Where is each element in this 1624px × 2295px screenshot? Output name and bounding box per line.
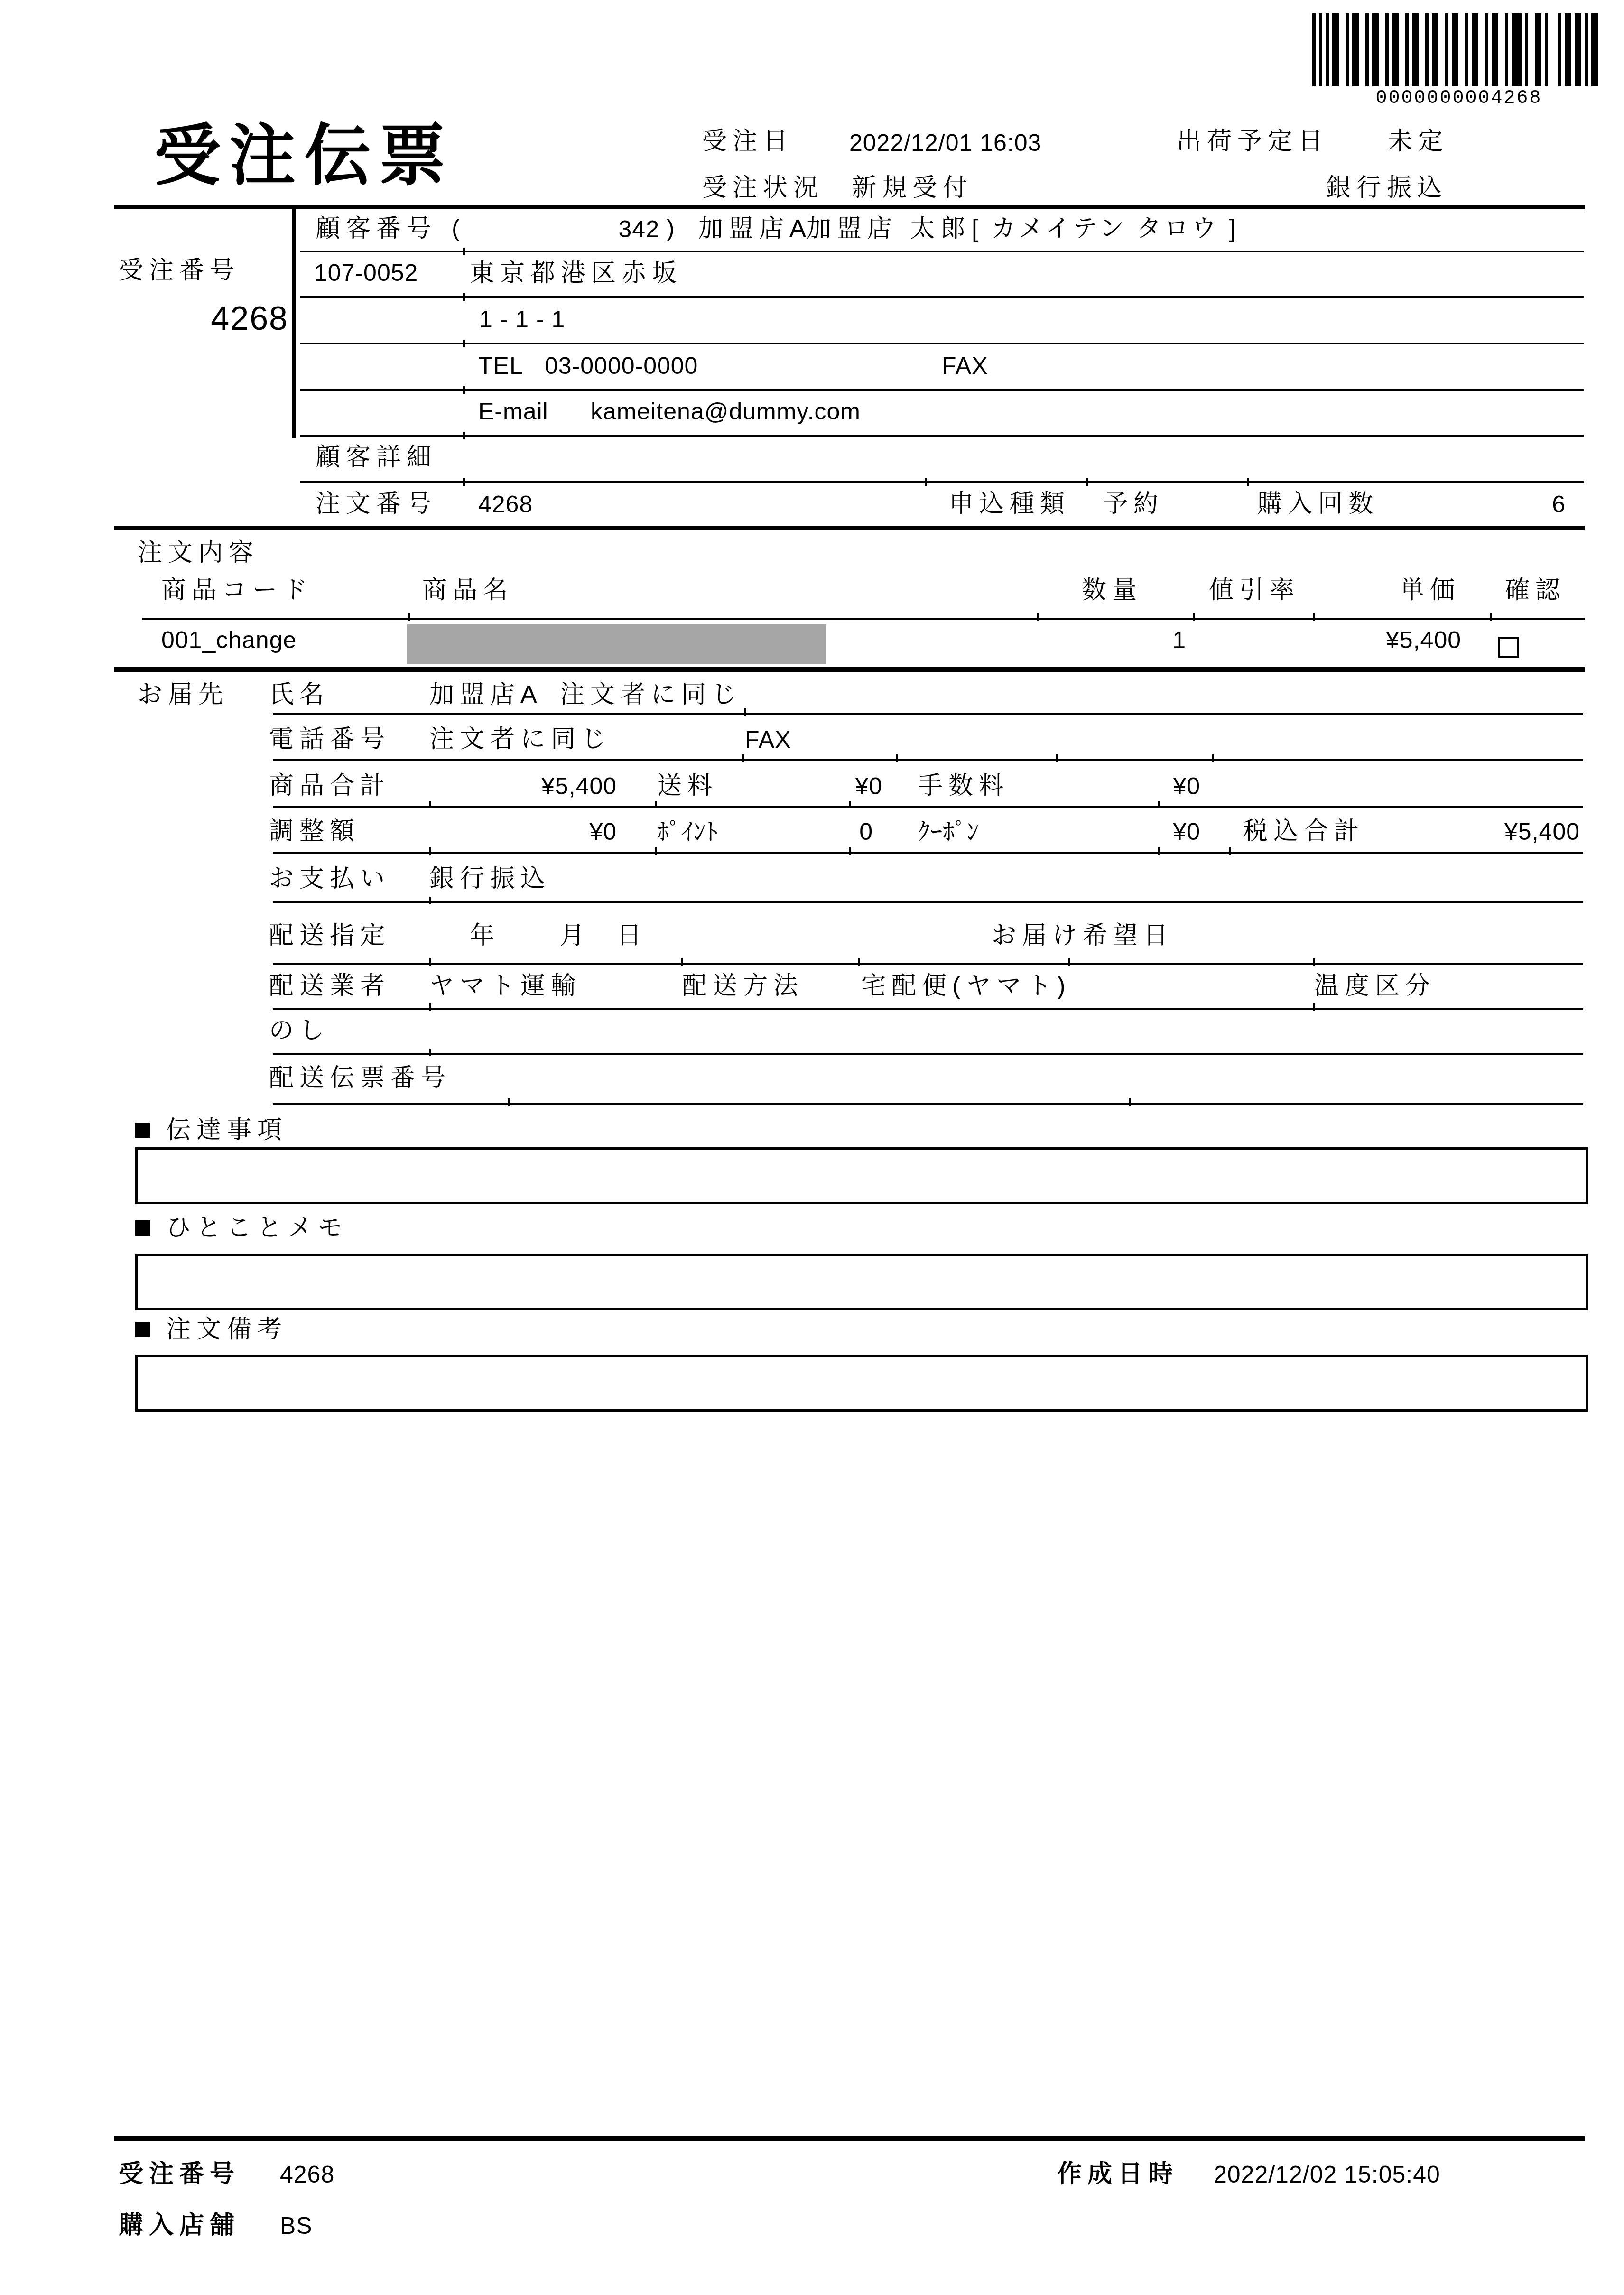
cell-boundary-tick [1313, 958, 1315, 966]
barcode-bar [1332, 13, 1339, 86]
footer-created-label: 作成日時 [1057, 2162, 1179, 2186]
carrier-value: ヤマト運輸 [429, 974, 581, 998]
item-qty: 1 [1091, 628, 1186, 652]
barcode-bar [1445, 13, 1448, 86]
row-line [273, 901, 1583, 903]
barcode-bar [1319, 13, 1322, 86]
delivery-phone-label: 電話番号 [269, 727, 390, 752]
tel-label: TEL [478, 354, 523, 378]
customer-number-paren-open: ( [452, 216, 460, 240]
barcode-bar [1452, 13, 1458, 86]
method-label: 配送方法 [682, 974, 804, 998]
barcode-bar [1352, 13, 1359, 86]
coupon-value: ¥0 [1105, 820, 1200, 844]
cell-boundary-tick [1193, 613, 1195, 621]
point-value: 0 [778, 820, 873, 844]
payment-method-header: 銀行振込 [1326, 176, 1448, 200]
cell-boundary-tick [463, 293, 465, 301]
point-label: ﾎﾟｲﾝﾄ [657, 820, 718, 844]
order-number-value: 4268 [166, 302, 288, 335]
cell-boundary-tick [429, 801, 431, 808]
delivery-fax-label: FAX [745, 728, 791, 752]
shipping-value: ¥0 [788, 774, 882, 798]
col-header-code: 商品コード [161, 578, 313, 603]
order-no-value: 4268 [478, 492, 533, 516]
col-header-discount: 値引率 [1209, 578, 1300, 603]
barcode-bar [1505, 13, 1508, 86]
cell-boundary-tick [849, 801, 851, 808]
barcode-bar [1465, 13, 1468, 86]
row-line [300, 481, 1584, 483]
barcode-bar [1372, 13, 1379, 86]
row-line [273, 806, 1583, 808]
footer-order-no-value: 4268 [280, 2163, 334, 2186]
barcode-bar [1492, 13, 1498, 86]
cell-boundary-tick [463, 432, 465, 439]
customer-detail-label: 顧客詳細 [316, 445, 437, 470]
cell-boundary-tick [463, 340, 465, 347]
barcode-bar [1525, 13, 1528, 86]
barcode-bar [1432, 13, 1438, 86]
barcode-bar [1485, 13, 1488, 86]
barcode-image [1312, 13, 1605, 86]
cell-boundary-tick [849, 847, 851, 855]
cell-boundary-tick [1158, 801, 1160, 808]
row-line [273, 1053, 1583, 1055]
remarks-section-label: 注文備考 [166, 1317, 288, 1342]
customer-kana: [ カメイテン タロウ ] [972, 216, 1239, 241]
schedule-year-label: 年 [470, 923, 500, 948]
bullet-square-icon [135, 1123, 150, 1138]
delivery-name-store: 加盟店A [429, 682, 543, 707]
items-section-title: 注文内容 [138, 540, 259, 565]
noshi-label: のし [269, 1018, 330, 1043]
row-line [273, 852, 1583, 854]
cell-boundary-tick [429, 958, 431, 966]
barcode-bar [1575, 13, 1581, 86]
cell-boundary-tick [1212, 754, 1214, 762]
customer-store: 加盟店A [698, 216, 812, 241]
footer-order-no-label: 受注番号 [119, 2162, 240, 2186]
cell-boundary-tick [1158, 847, 1160, 855]
barcode-bar [1412, 13, 1419, 86]
order-slip-document: 受注伝票 受注日 2022/12/01 16:03 出荷予定日 未定 受注状況 … [0, 0, 1624, 2295]
customer-address1: 東京都港区赤坂 [470, 261, 682, 286]
divider-header [114, 205, 1585, 209]
slip-number-label: 配送伝票番号 [269, 1066, 451, 1090]
row-line [300, 435, 1584, 437]
row-line [273, 1103, 1583, 1105]
total-label: 税込合計 [1243, 819, 1364, 844]
order-no-label: 注文番号 [316, 492, 437, 516]
item-name-redacted [407, 624, 826, 664]
customer-postal-code: 107-0052 [314, 261, 418, 285]
row-line [273, 1008, 1583, 1010]
barcode-bar [1565, 13, 1571, 86]
purchase-count-value: 6 [1471, 492, 1566, 516]
method-value: 宅配便(ヤマト) [861, 974, 1071, 998]
ship-date-value: 未定 [1388, 129, 1448, 154]
delivery-phone-value: 注文者に同じ [429, 727, 612, 752]
cell-boundary-tick [1313, 613, 1315, 621]
cell-boundary-tick [681, 958, 683, 966]
barcode-bar [1558, 13, 1561, 86]
order-date-value: 2022/12/01 16:03 [849, 131, 1041, 155]
barcode-bar [1425, 13, 1429, 86]
customer-address2: 1 - 1 - 1 [479, 307, 565, 331]
row-line [300, 251, 1584, 252]
cell-boundary-tick [925, 478, 927, 486]
barcode-bar [1326, 13, 1329, 86]
cell-boundary-tick [429, 897, 431, 904]
cell-boundary-tick [508, 1098, 510, 1106]
barcode-bar [1512, 13, 1522, 86]
row-line [300, 343, 1584, 344]
cell-boundary-tick [1037, 613, 1039, 621]
divider-customer-bottom [114, 526, 1585, 530]
customer-name: 加盟店 太郎 [807, 216, 971, 241]
cell-boundary-tick [744, 708, 746, 716]
temperature-label: 温度区分 [1314, 974, 1436, 998]
row-line [273, 713, 1583, 715]
cell-boundary-tick [1056, 754, 1058, 762]
adjustment-label: 調整額 [269, 819, 360, 844]
customer-number-value: 342 [546, 217, 659, 241]
col-header-confirm: 確認 [1505, 578, 1566, 603]
cell-boundary-tick [1086, 478, 1088, 486]
total-value: ¥5,400 [1438, 820, 1580, 844]
table-header-line [142, 618, 1585, 620]
carrier-label: 配送業者 [269, 974, 390, 998]
desired-date-label: お届け希望日 [992, 923, 1174, 948]
cell-boundary-tick [1068, 958, 1070, 966]
schedule-month-label: 月 [560, 923, 590, 948]
divider-footer [114, 2136, 1585, 2141]
barcode-bar [1535, 13, 1541, 86]
email-value: kameitena@dummy.com [591, 400, 861, 423]
row-line [273, 759, 1583, 761]
row-line [273, 963, 1583, 965]
confirm-checkbox [1498, 637, 1519, 658]
divider-items-bottom [114, 667, 1585, 672]
divider-order-number-column [292, 205, 296, 438]
col-header-unit-price: 単価 [1400, 578, 1460, 603]
bullet-square-icon [135, 1220, 150, 1236]
fee-value: ¥0 [1105, 774, 1200, 798]
ship-date-label: 出荷予定日 [1177, 129, 1328, 154]
barcode-bar [1365, 13, 1369, 86]
footer-created-value: 2022/12/02 15:05:40 [1214, 2163, 1440, 2186]
cell-boundary-tick [742, 754, 744, 762]
apply-type-value: 予約 [1103, 492, 1164, 516]
message-section-label: 伝達事項 [166, 1118, 288, 1143]
subtotal-label: 商品合計 [269, 773, 390, 798]
footer-store-value: BS [280, 2214, 313, 2238]
delivery-name-label: 氏名 [269, 682, 330, 707]
bullet-square-icon [135, 1322, 150, 1337]
barcode-number: 0000000004268 [1312, 89, 1605, 108]
fax-label: FAX [942, 354, 988, 378]
cell-boundary-tick [655, 847, 657, 855]
cell-boundary-tick [429, 1049, 431, 1056]
customer-number-paren-close: ) [667, 216, 675, 240]
cell-boundary-tick [655, 801, 657, 808]
adjustment-value: ¥0 [474, 820, 617, 844]
barcode-bar [1585, 13, 1588, 86]
cell-boundary-tick [463, 248, 465, 255]
barcode-bar [1405, 13, 1409, 86]
order-status-label: 受注状況 [702, 176, 824, 200]
cell-boundary-tick [1313, 1003, 1315, 1011]
cell-boundary-tick [408, 613, 410, 621]
cell-boundary-tick [1247, 478, 1249, 486]
barcode-bar [1392, 13, 1399, 86]
purchase-count-label: 購入回数 [1257, 492, 1379, 516]
payment-label: お支払い [269, 866, 390, 891]
col-header-qty: 数量 [1082, 578, 1142, 603]
shipping-label: 送料 [657, 773, 718, 798]
coupon-label: ｸｰﾎﾟﾝ [918, 820, 979, 844]
email-label: E-mail [478, 400, 548, 423]
cell-boundary-tick [858, 958, 860, 966]
remarks-box [135, 1355, 1588, 1412]
row-line [300, 389, 1584, 391]
delivery-section-label: お届先 [138, 682, 229, 707]
barcode-bar [1472, 13, 1478, 86]
memo-section-label: ひとことメモ [166, 1216, 348, 1240]
customer-number-label: 顧客番号 [316, 216, 437, 241]
barcode-bar [1591, 13, 1598, 86]
item-unit-price: ¥5,400 [1319, 628, 1461, 652]
fee-label: 手数料 [918, 773, 1009, 798]
message-box [135, 1147, 1588, 1204]
item-code: 001_change [161, 628, 297, 652]
cell-boundary-tick [463, 478, 465, 486]
cell-boundary-tick [1490, 613, 1492, 621]
barcode-bar [1346, 13, 1349, 86]
schedule-label: 配送指定 [269, 923, 390, 948]
cell-boundary-tick [463, 386, 465, 394]
col-header-name: 商品名 [422, 578, 513, 603]
barcode-bar [1385, 13, 1389, 86]
apply-type-label: 申込種類 [949, 492, 1070, 516]
cell-boundary-tick [429, 1003, 431, 1011]
order-date-label: 受注日 [702, 129, 793, 154]
cell-boundary-tick [1229, 847, 1231, 855]
cell-boundary-tick [429, 847, 431, 855]
delivery-name-value: 注文者に同じ [560, 682, 742, 707]
page-title: 受注伝票 [154, 122, 454, 189]
order-status-value: 新規受付 [852, 176, 973, 200]
cell-boundary-tick [1129, 1098, 1131, 1106]
order-number-label: 受注番号 [119, 258, 240, 283]
footer-store-label: 購入店舗 [119, 2213, 240, 2238]
subtotal-value: ¥5,400 [474, 774, 617, 798]
row-line [300, 296, 1584, 298]
schedule-day-label: 日 [617, 923, 647, 948]
memo-box [135, 1254, 1588, 1310]
cell-boundary-tick [896, 754, 898, 762]
tel-value: 03-0000-0000 [545, 354, 698, 378]
payment-value: 銀行振込 [429, 866, 551, 891]
barcode-bar [1545, 13, 1548, 86]
barcode-bar [1312, 13, 1316, 86]
